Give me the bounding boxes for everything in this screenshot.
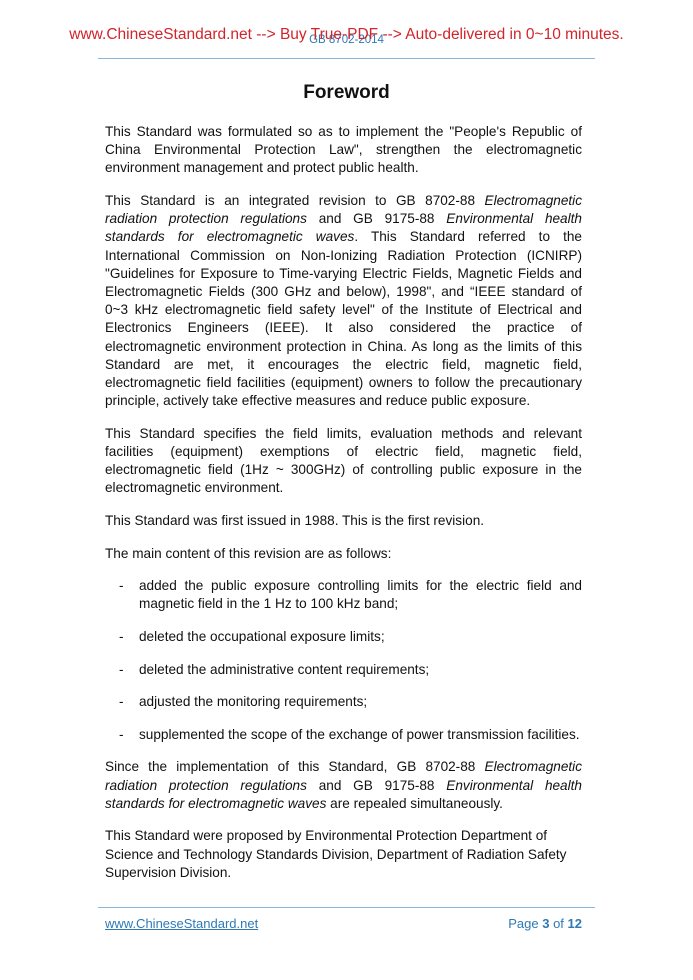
dash-bullet: - [119,577,124,595]
dash-bullet: - [119,628,124,646]
list-item: -supplemented the scope of the exchange … [105,726,582,744]
paragraph-scope: This Standard specifies the field limits… [105,425,582,498]
list-item: -deleted the administrative content requ… [105,661,582,679]
paragraph-revision: This Standard is an integrated revision … [105,192,582,410]
page-of-label: of [549,916,567,931]
list-item: -added the public exposure controlling l… [105,577,582,613]
foreword-body: This Standard was formulated so as to im… [105,123,582,896]
paragraph-purpose: This Standard was formulated so as to im… [105,123,582,178]
dash-bullet: - [119,693,124,711]
dash-bullet: - [119,726,124,744]
text-run: and GB 9175-88 [307,211,446,226]
text-run: and GB 9175-88 [307,778,446,793]
text-run: Since the implementation of this Standar… [105,759,485,774]
page-title: Foreword [0,82,693,104]
list-item-text: deleted the administrative content requi… [139,662,429,677]
list-item-text: supplemented the scope of the exchange o… [139,727,580,742]
text-run: . This Standard referred to the Internat… [105,229,582,408]
paragraph-changes-intro: The main content of this revision are as… [105,545,582,563]
page-indicator: Page 3 of 12 [508,916,582,931]
page-total: 12 [568,916,582,931]
dash-bullet: - [119,661,124,679]
list-item-text: deleted the occupational exposure limits… [139,629,385,644]
text-run: This Standard is an integrated revision … [105,193,485,208]
paragraph-repeal: Since the implementation of this Standar… [105,758,582,813]
page-label: Page [508,916,542,931]
list-item: -deleted the occupational exposure limit… [105,628,582,646]
list-item-text: added the public exposure controlling li… [139,578,582,611]
text-run: are repealed simultaneously. [326,796,503,811]
list-item-text: adjusted the monitoring requirements; [139,694,367,709]
header-divider [98,58,595,59]
list-item: -adjusted the monitoring requirements; [105,693,582,711]
changes-list: -added the public exposure controlling l… [105,577,582,744]
promo-banner[interactable]: www.ChineseStandard.net --> Buy True-PDF… [0,26,693,44]
paragraph-history: This Standard was first issued in 1988. … [105,512,582,530]
footer-divider [98,907,595,908]
footer-site-link[interactable]: www.ChineseStandard.net [105,916,258,931]
paragraph-proposer: This Standard were proposed by Environme… [105,827,582,882]
